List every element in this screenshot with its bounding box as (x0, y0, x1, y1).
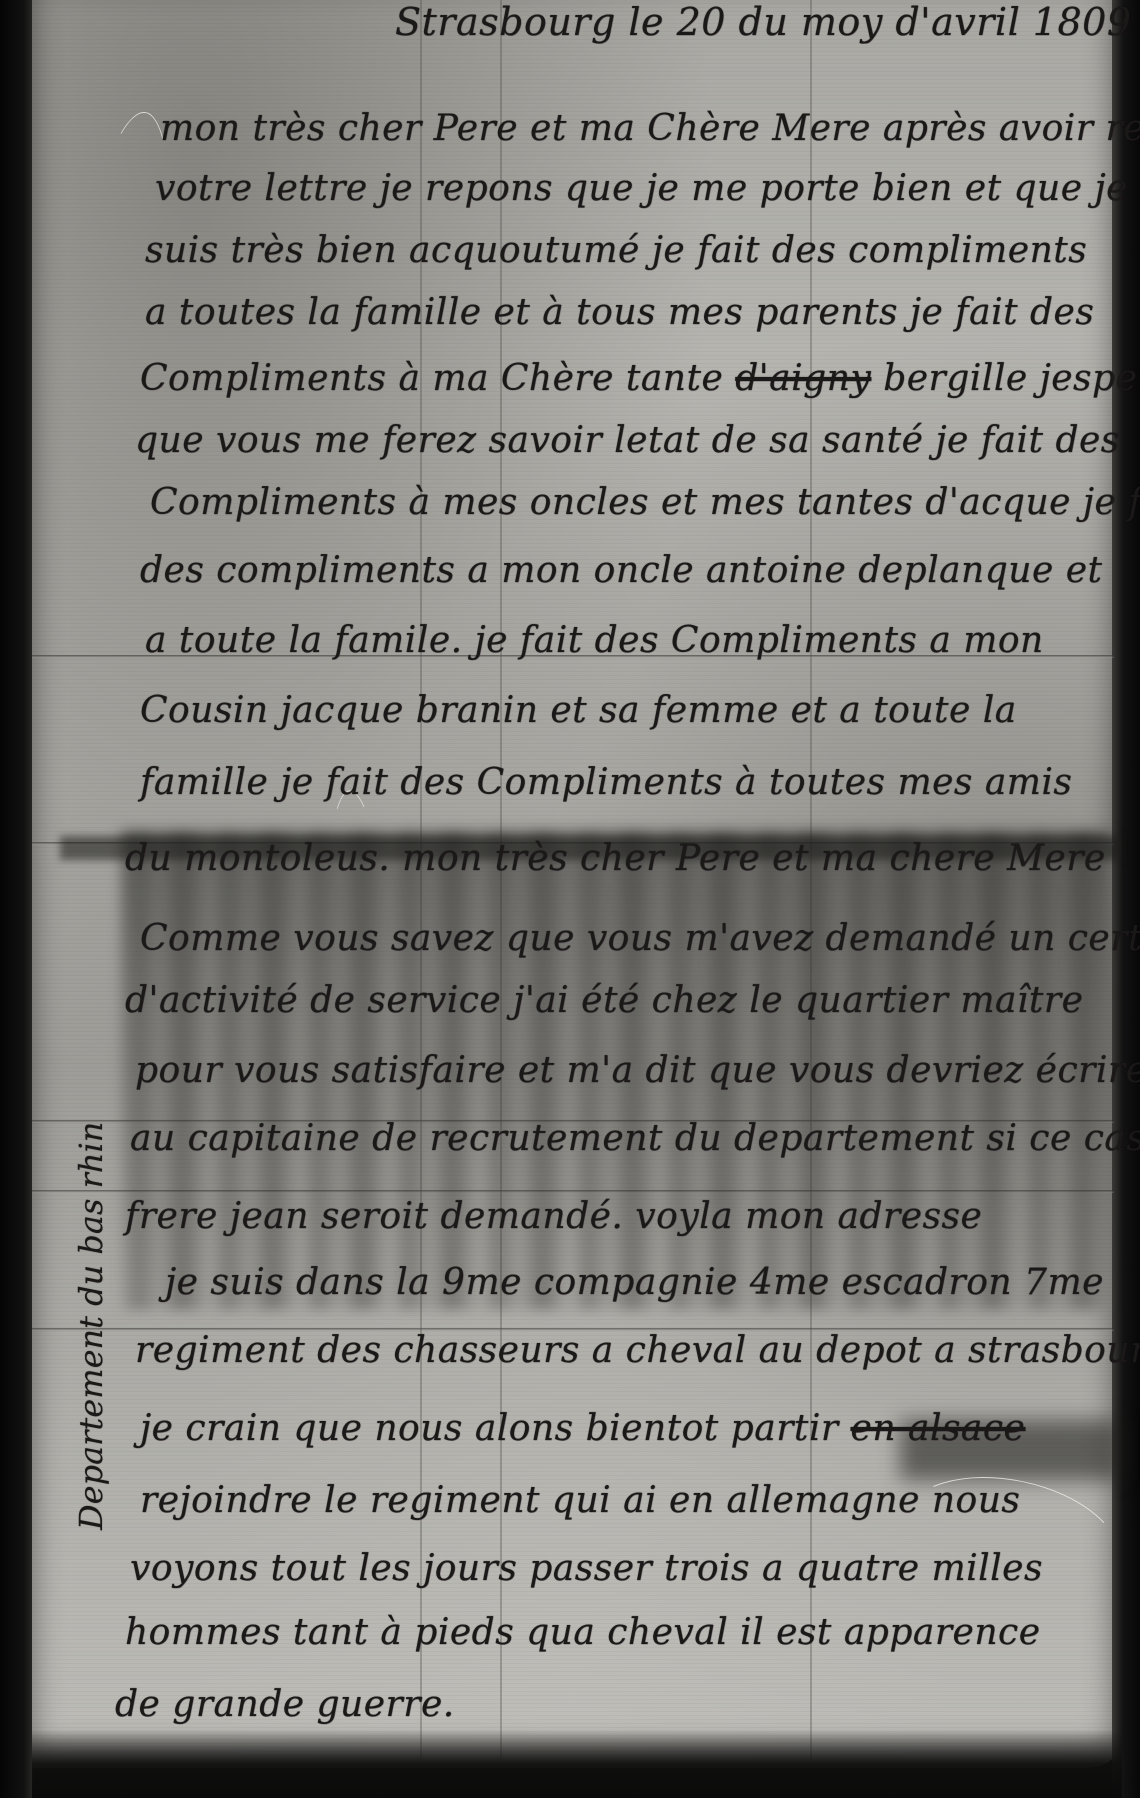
struck-phrase: en alsace (851, 1408, 1026, 1449)
letter-line-20-start: je crain que nous alons bientot partir (140, 1408, 839, 1449)
letter-line-19: regiment des chasseurs a cheval au depot… (135, 1330, 1140, 1371)
letter-line-22: voyons tout les jours passer trois a qua… (130, 1548, 1043, 1589)
letter-line-21: rejoindre le regiment qui ai en allemagn… (140, 1480, 1020, 1521)
letter-line-7: Compliments à mes oncles et mes tantes d… (150, 482, 1140, 523)
letter-line-10: Cousin jacque branin et sa femme et a to… (140, 690, 1017, 731)
letter-line-12: du montoleus. mon très cher Pere et ma c… (125, 838, 1106, 879)
letter-place-date: Strasbourg le 20 du moy d'avril 1809 (395, 0, 1132, 44)
scan-bottom-shadow (32, 1730, 1122, 1798)
scan-right-border (1112, 0, 1140, 1798)
letter-line-6: que vous me ferez savoir letat de sa san… (135, 420, 1120, 461)
letter-line-20: je crain que nous alons bientot partir e… (140, 1408, 1025, 1449)
letter-line-2: votre lettre je repons que je me porte b… (155, 168, 1128, 209)
fold-line (32, 1190, 1114, 1193)
letter-line-16: au capitaine de recrutement du departeme… (130, 1118, 1140, 1159)
letter-line-13: Comme vous savez que vous m'avez demandé… (140, 918, 1140, 959)
scan-left-border (0, 0, 34, 1798)
letter-line-5-end: bergille jespere (883, 358, 1140, 399)
letter-line-14: d'activité de service j'ai été chez le q… (125, 980, 1083, 1021)
letter-line-17: frere jean seroit demandé. voyla mon adr… (125, 1196, 982, 1237)
letter-line-1: mon très cher Pere et ma Chère Mere aprè… (160, 108, 1140, 149)
letter-line-3: suis très bien acquoutumé je fait des co… (145, 230, 1087, 271)
letter-line-9: a toute la famile. je fait des Complimen… (145, 620, 1044, 661)
letter-line-18: je suis dans la 9me compagnie 4me escadr… (165, 1262, 1104, 1303)
letter-line-24: de grande guerre. (115, 1684, 455, 1725)
letter-line-4: a toutes la famille et à tous mes parent… (145, 292, 1094, 333)
letter-line-5: Compliments à ma Chère tante d'aigny ber… (140, 358, 1140, 399)
struck-word: d'aigny (735, 358, 871, 399)
margin-note: Departement du bas rhin (72, 1130, 110, 1530)
letter-line-11: famille je fait des Compliments à toutes… (140, 762, 1072, 803)
letter-line-8: des compliments a mon oncle antoine depl… (140, 550, 1103, 591)
letter-line-15: pour vous satisfaire et m'a dit que vous… (135, 1050, 1140, 1091)
letter-line-5-start: Compliments à ma Chère tante (140, 358, 723, 399)
letter-line-23: hommes tant à pieds qua cheval il est ap… (125, 1612, 1041, 1653)
